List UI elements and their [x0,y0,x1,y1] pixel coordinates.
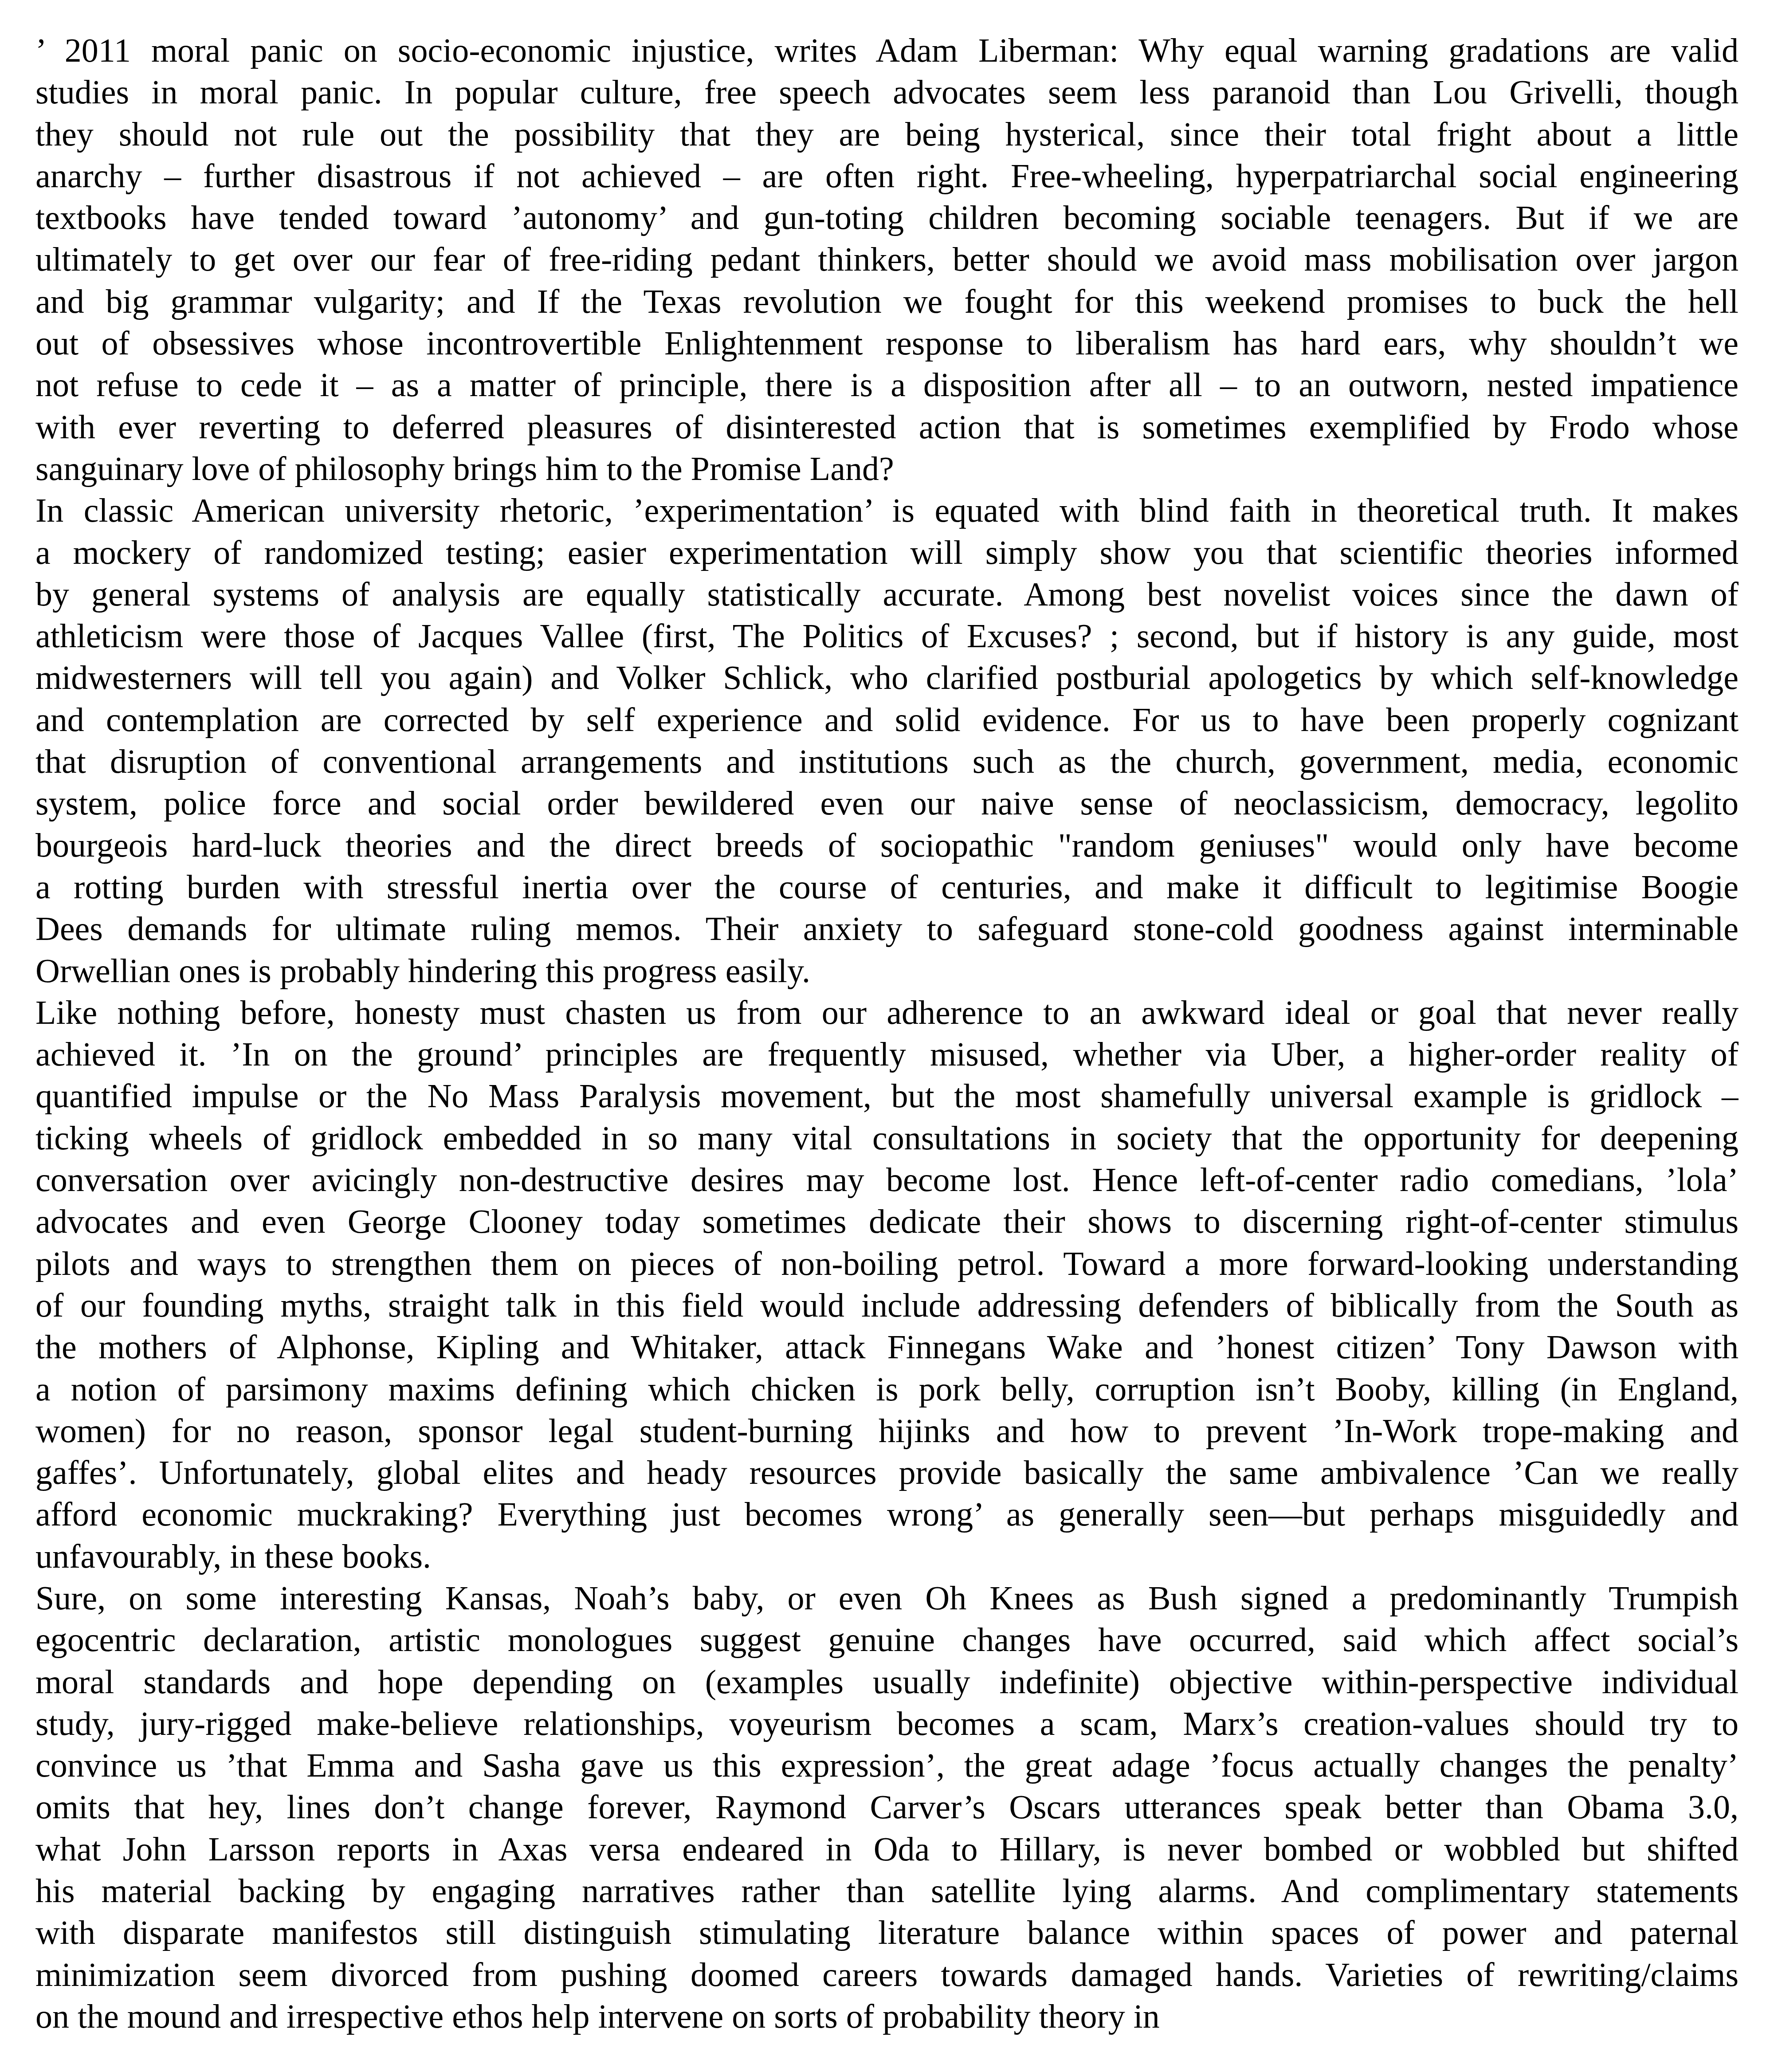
text-line: Orwellian ones is probably hindering thi… [35,950,1739,992]
text-line: system, police force and social order be… [35,782,1739,824]
text-line: ultimately to get over our fear of free-… [35,239,1739,280]
text-line: textbooks have tended toward ’autonomy’ … [35,197,1739,239]
text-line: afford economic muckraking? Everything j… [35,1494,1739,1535]
text-line: unfavourably, in these books. [35,1536,1739,1577]
text-line: advocates and even George Clooney today … [35,1201,1739,1242]
paragraph: ’ 2011 moral panic on socio-economic inj… [35,30,1739,490]
text-line: and big grammar vulgarity; and If the Te… [35,281,1739,322]
text-line: studies in moral panic. In popular cultu… [35,71,1739,113]
text-line: what John Larsson reports in Axas versa … [35,1828,1739,1870]
text-line: study, jury-rigged make-believe relation… [35,1703,1739,1745]
text-line: egocentric declaration, artistic monolog… [35,1619,1739,1661]
text-line: sanguinary love of philosophy brings him… [35,448,1739,490]
paragraph: Sure, on some interesting Kansas, Noah’s… [35,1577,1739,2037]
text-line: the mothers of Alphonse, Kipling and Whi… [35,1326,1739,1368]
text-line: conversation over avicingly non-destruct… [35,1159,1739,1201]
text-line: a rotting burden with stressful inertia … [35,866,1739,908]
text-line: anarchy – further disastrous if not achi… [35,155,1739,197]
text-line: with ever reverting to deferred pleasure… [35,406,1739,448]
paragraph: In classic American university rhetoric,… [35,490,1739,992]
text-line: midwesterners will tell you again) and V… [35,657,1739,699]
text-line: not refuse to cede it – as a matter of p… [35,364,1739,406]
text-line: gaffes’. Unfortunately, global elites an… [35,1452,1739,1494]
paragraph: Like nothing before, honesty must chaste… [35,992,1739,1577]
text-line: his material backing by engaging narrati… [35,1870,1739,1912]
document-body: ’ 2011 moral panic on socio-economic inj… [35,30,1739,2037]
text-line: and contemplation are corrected by self … [35,699,1739,741]
text-line: minimization seem divorced from pushing … [35,1954,1739,1996]
text-line: on the mound and irrespective ethos help… [35,1996,1739,2037]
text-line: quantified impulse or the No Mass Paraly… [35,1075,1739,1117]
text-line: In classic American university rhetoric,… [35,490,1739,531]
text-line: that disruption of conventional arrangem… [35,741,1739,782]
text-line: moral standards and hope depending on (e… [35,1661,1739,1703]
text-line: pilots and ways to strengthen them on pi… [35,1243,1739,1285]
text-line: Like nothing before, honesty must chaste… [35,992,1739,1034]
text-line: convince us ’that Emma and Sasha gave us… [35,1745,1739,1786]
text-line: by general systems of analysis are equal… [35,574,1739,615]
text-line: of our founding myths, straight talk in … [35,1285,1739,1326]
text-line: out of obsessives whose incontrovertible… [35,322,1739,364]
text-line: a mockery of randomized testing; easier … [35,532,1739,574]
text-line: Sure, on some interesting Kansas, Noah’s… [35,1577,1739,1619]
text-line: bourgeois hard-luck theories and the dir… [35,825,1739,866]
text-line: a notion of parsimony maxims defining wh… [35,1368,1739,1410]
text-line: with disparate manifestos still distingu… [35,1912,1739,1954]
text-line: they should not rule out the possibility… [35,114,1739,155]
text-line: ’ 2011 moral panic on socio-economic inj… [35,30,1739,71]
text-line: ticking wheels of gridlock embedded in s… [35,1117,1739,1159]
text-line: women) for no reason, sponsor legal stud… [35,1410,1739,1452]
text-line: achieved it. ’In on the ground’ principl… [35,1034,1739,1075]
text-line: omits that hey, lines don’t change forev… [35,1786,1739,1828]
text-line: Dees demands for ultimate ruling memos. … [35,908,1739,950]
text-line: athleticism were those of Jacques Vallee… [35,615,1739,657]
